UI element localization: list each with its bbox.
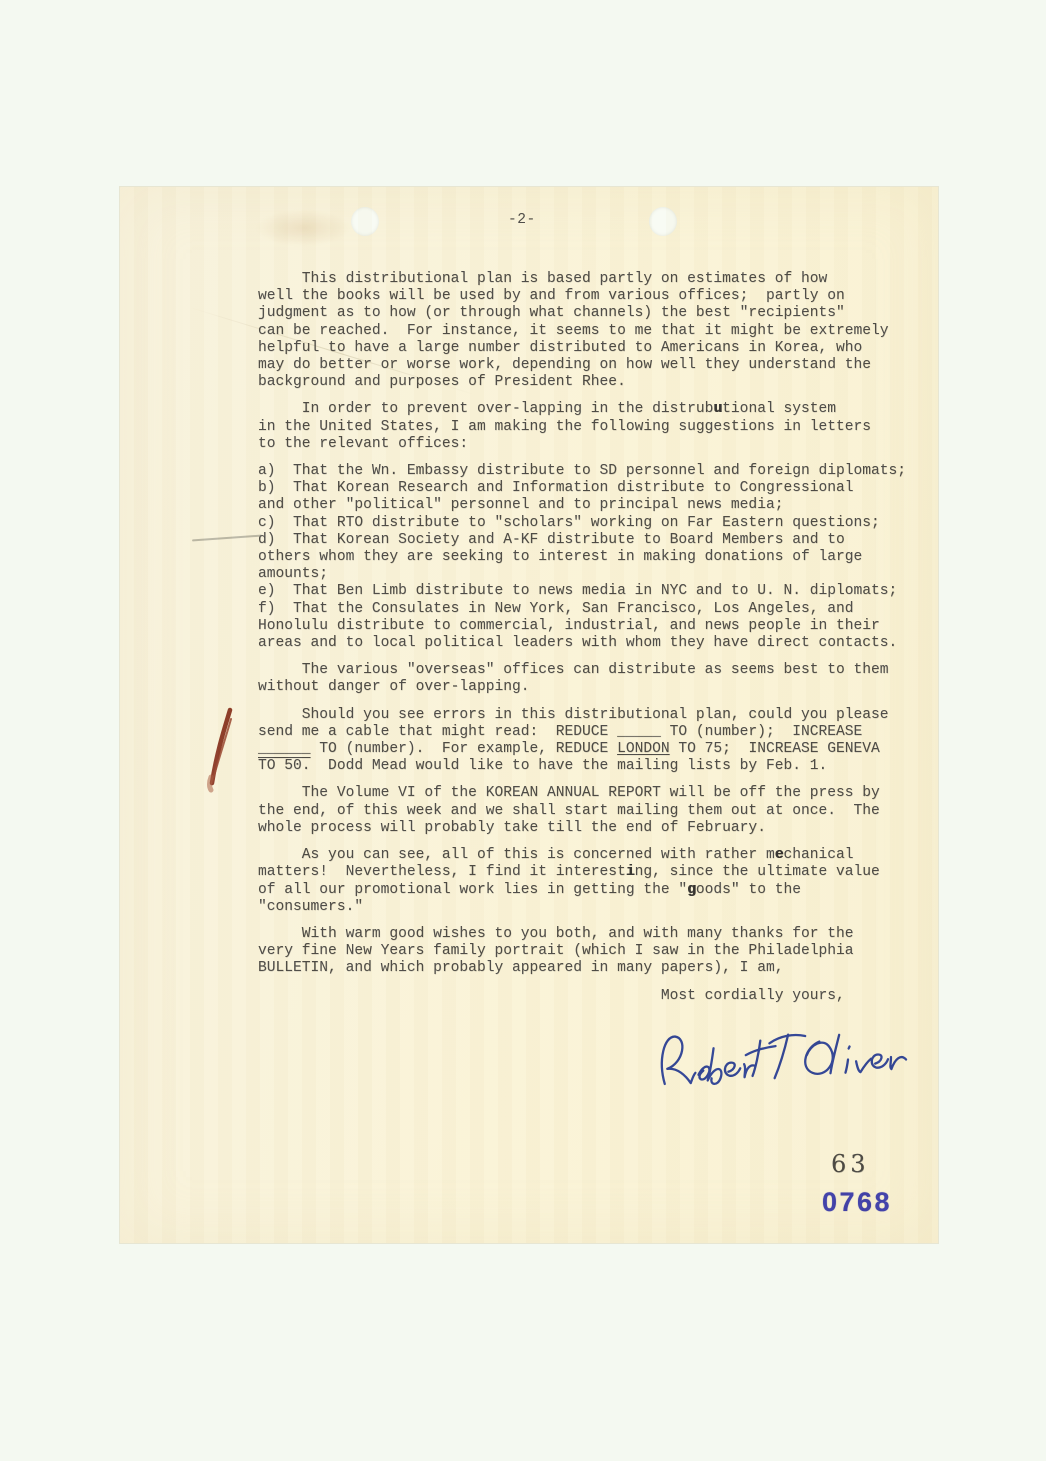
paragraph: With warm good wishes to you both, and w… xyxy=(258,926,918,978)
text-line: f) That the Consulates in New York, San … xyxy=(258,601,918,618)
text-line: judgment as to how (or through what chan… xyxy=(258,305,918,322)
text-line: BULLETIN, and which probably appeared in… xyxy=(258,960,918,977)
text-line: background and purposes of President Rhe… xyxy=(258,374,918,391)
text-line: The Volume VI of the KOREAN ANNUAL REPOR… xyxy=(258,785,918,802)
scanned-letter-background: -2- This distributional plan is based pa… xyxy=(0,0,1046,1461)
text-line: b) That Korean Research and Information … xyxy=(258,480,918,497)
text-line: in the United States, I am making the fo… xyxy=(258,419,918,436)
text-line: may do better or worse work, depending o… xyxy=(258,357,918,374)
text-line: a) That the Wn. Embassy distribute to SD… xyxy=(258,463,918,480)
text-line: can be reached. For instance, it seems t… xyxy=(258,323,918,340)
archive-number: 63 xyxy=(831,1150,870,1178)
text-line: "consumers." xyxy=(258,899,918,916)
text-line: the end, of this week and we shall start… xyxy=(258,803,918,820)
paragraph: a) That the Wn. Embassy distribute to SD… xyxy=(258,463,918,652)
text-line: of all our promotional work lies in gett… xyxy=(258,882,918,899)
text-line: In order to prevent over-lapping in the … xyxy=(258,401,918,418)
text-line: This distributional plan is based partly… xyxy=(258,271,918,288)
text-line: amounts; xyxy=(258,566,918,583)
text-line: As you can see, all of this is concerned… xyxy=(258,847,918,864)
text-line: e) That Ben Limb distribute to news medi… xyxy=(258,583,918,600)
closing-line: Most cordially yours, xyxy=(258,988,918,1005)
text-line: whole process will probably take till th… xyxy=(258,820,918,837)
punch-hole-right xyxy=(649,207,677,236)
text-line: With warm good wishes to you both, and w… xyxy=(258,926,918,943)
margin-red-checkmark xyxy=(200,703,242,793)
text-line: matters! Nevertheless, I find it interes… xyxy=(258,864,918,881)
letter-body: This distributional plan is based partly… xyxy=(258,271,918,1015)
text-line: The various "overseas" offices can distr… xyxy=(258,662,918,679)
signature-robert-t-oliver xyxy=(648,1020,913,1100)
text-line: d) That Korean Society and A-KF distribu… xyxy=(258,532,918,549)
text-line: Honolulu distribute to commercial, indus… xyxy=(258,618,918,635)
text-line: TO 50. Dodd Mead would like to have the … xyxy=(258,758,918,775)
letter-page: -2- This distributional plan is based pa… xyxy=(120,187,938,1243)
page-number: -2- xyxy=(508,212,536,228)
text-line: to the relevant offices: xyxy=(258,436,918,453)
text-line: without danger of over-lapping. xyxy=(258,679,918,696)
paragraph: The Volume VI of the KOREAN ANNUAL REPOR… xyxy=(258,785,918,837)
text-line: areas and to local political leaders wit… xyxy=(258,635,918,652)
text-line: ______ TO (number). For example, REDUCE … xyxy=(258,741,918,758)
paragraph: In order to prevent over-lapping in the … xyxy=(258,401,918,453)
text-line: others whom they are seeking to interest… xyxy=(258,549,918,566)
paper-stain xyxy=(238,203,368,253)
margin-pencil-strike xyxy=(192,535,262,541)
text-line: very fine New Years family portrait (whi… xyxy=(258,943,918,960)
punch-hole-left xyxy=(351,207,379,236)
text-line: send me a cable that might read: REDUCE … xyxy=(258,724,918,741)
paragraph: Should you see errors in this distributi… xyxy=(258,707,918,776)
text-line: c) That RTO distribute to "scholars" wor… xyxy=(258,515,918,532)
text-line: Should you see errors in this distributi… xyxy=(258,707,918,724)
text-line: and other "political" personnel and to p… xyxy=(258,497,918,514)
text-line: helpful to have a large number distribut… xyxy=(258,340,918,357)
paragraph: The various "overseas" offices can distr… xyxy=(258,662,918,696)
paragraph: As you can see, all of this is concerned… xyxy=(258,847,918,916)
text-line: Most cordially yours, xyxy=(258,988,918,1005)
stamp-number: 0768 xyxy=(822,1187,892,1218)
paragraph: This distributional plan is based partly… xyxy=(258,271,918,391)
text-line: well the books will be used by and from … xyxy=(258,288,918,305)
